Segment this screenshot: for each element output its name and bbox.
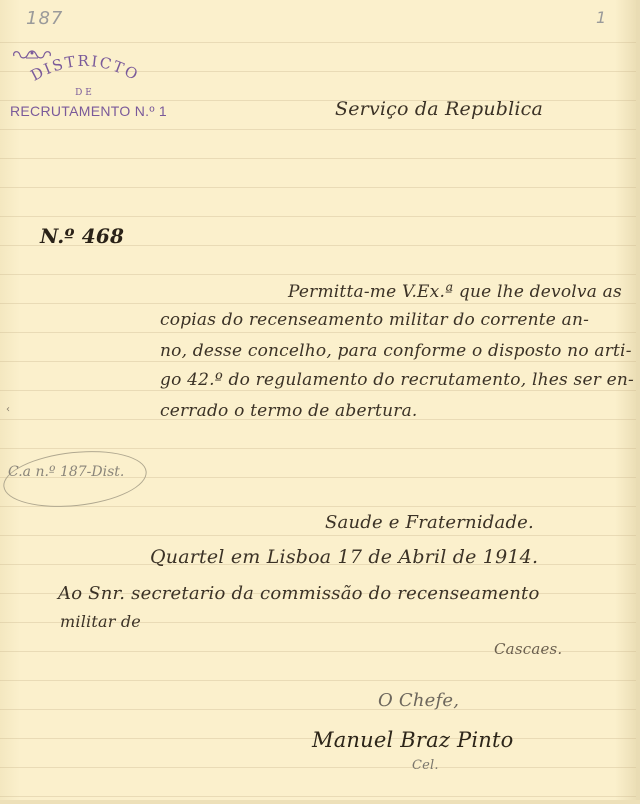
place-name: Cascaes.	[494, 640, 562, 658]
closing-salutation: Saude e Fraternidade.	[325, 512, 534, 533]
addressee-line-2: militar de	[60, 612, 141, 631]
letterhead-stamp: DISTRICTO DE RECRUTAMENTO N.º 1	[0, 48, 170, 143]
paper-edge-bottom	[0, 800, 640, 804]
body-line-2: copias do recenseamento militar do corre…	[160, 310, 589, 330]
paper-edge-right	[636, 0, 640, 804]
signature-title: O Chefe,	[378, 690, 459, 711]
body-line-5: cerrado o termo de abertura.	[160, 401, 418, 421]
body-line-4: go 42.º do regulamento do recrutamento, …	[160, 370, 634, 390]
stamp-de-label: DE	[0, 88, 170, 98]
signature-name: Manuel Braz Pinto	[312, 728, 513, 752]
stamp-recrutamento-label: RECRUTAMENTO N.º 1	[10, 103, 167, 119]
date-line: Quartel em Lisboa 17 de Abril de 1914.	[150, 546, 538, 568]
margin-note-text: C.a n.º 187-Dist.	[8, 464, 124, 480]
reference-number: N.º 468	[40, 224, 124, 248]
margin-mark: ‹	[6, 404, 10, 415]
body-line-1: Permitta-me V.Ex.ª que lhe devolva as	[288, 282, 622, 302]
addressee-line-1: Ao Snr. secretario da commissão do recen…	[58, 583, 540, 604]
ornament-flourish-icon	[10, 48, 54, 62]
document-page: 187 1 DISTRICTO DE RECRUTAMENTO N.º 1 Se…	[0, 0, 640, 804]
body-line-3: no, desse concelho, para conforme o disp…	[160, 341, 632, 361]
signature-rank: Cel.	[412, 758, 439, 773]
page-number: 1	[596, 8, 606, 27]
service-heading: Serviço da Republica	[335, 98, 543, 120]
archive-pencil-number: 187	[26, 8, 63, 29]
